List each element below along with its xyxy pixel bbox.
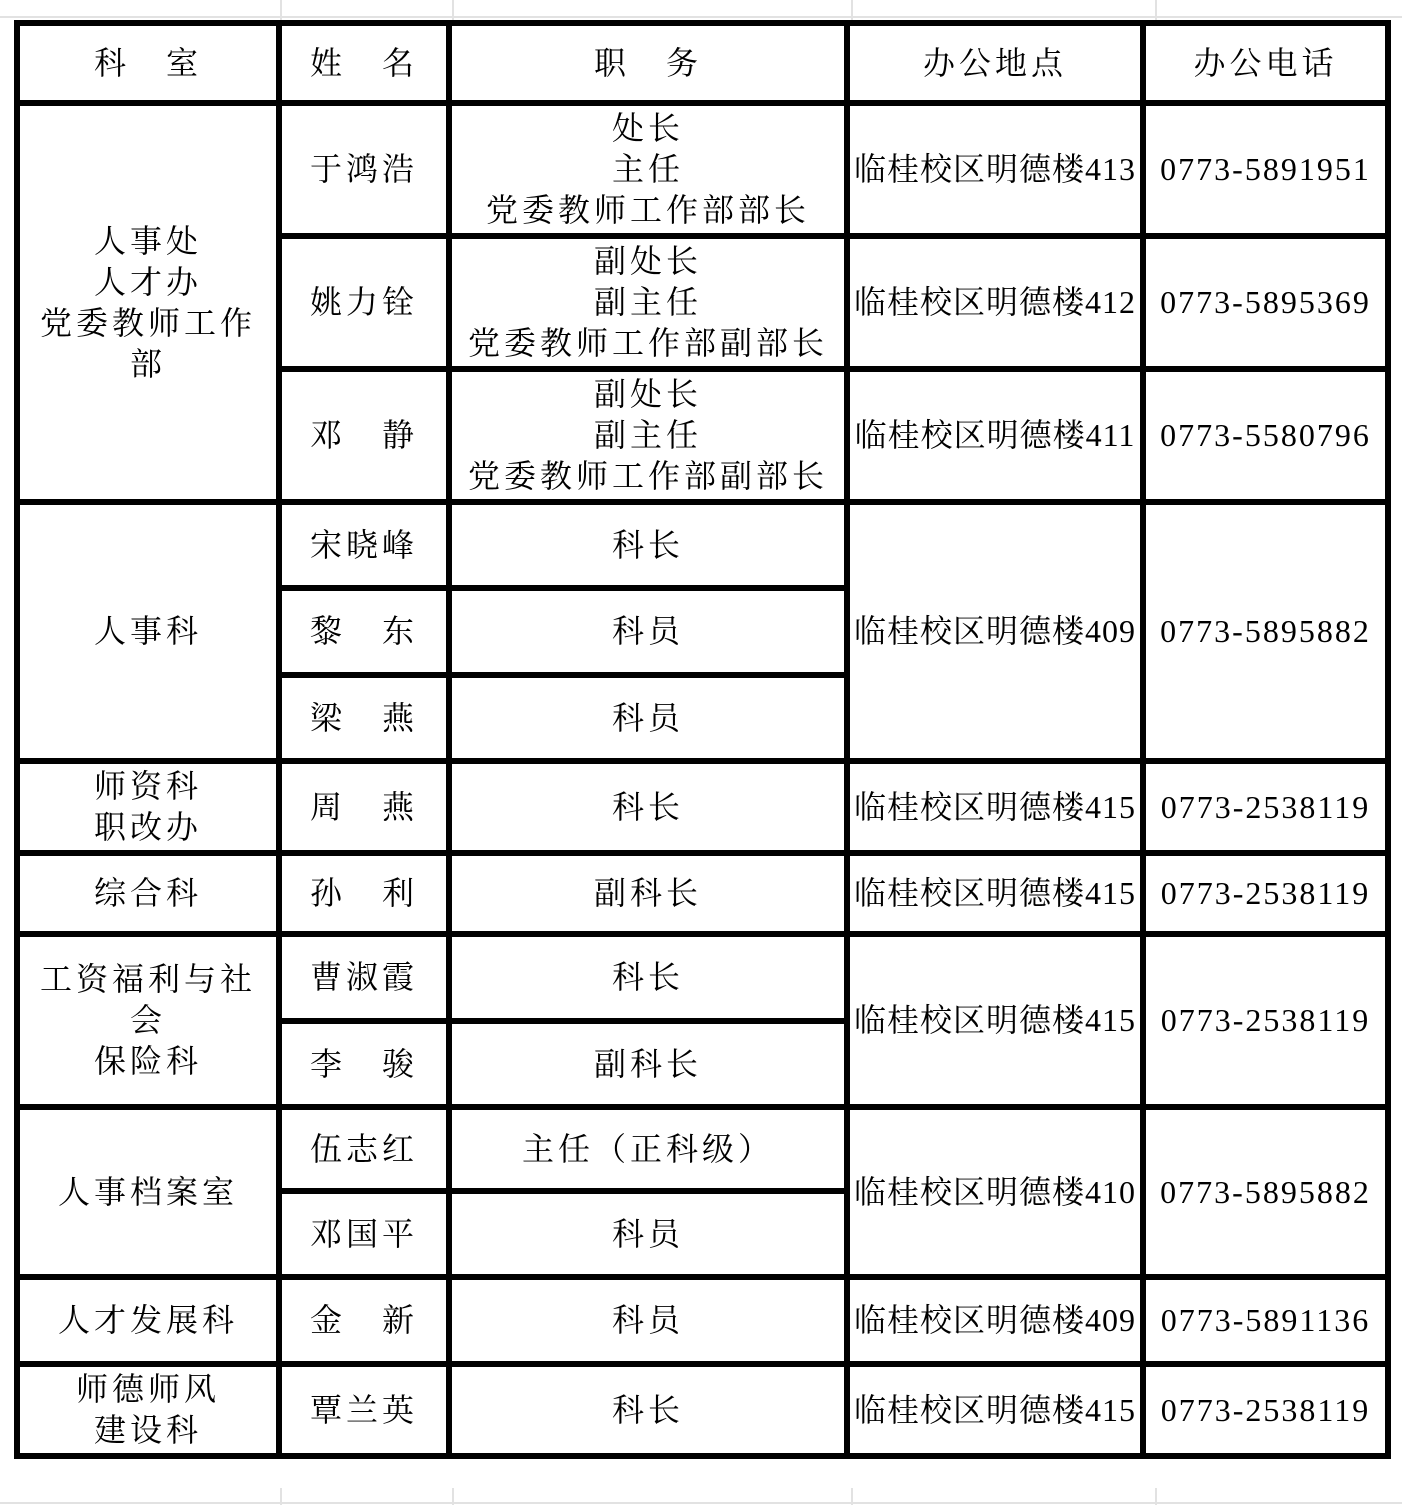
spreadsheet-page: 科 室 姓 名 职 务 办公地点 办公电话 人事处 人才办 党委教师工作部 于鸿… <box>0 0 1402 1505</box>
title-line: 副主任 <box>456 282 840 323</box>
location-cell: 临桂校区明德楼409 <box>847 502 1143 761</box>
location-cell: 临桂校区明德楼412 <box>847 236 1143 369</box>
location-cell: 临桂校区明德楼415 <box>847 853 1143 934</box>
table-row: 人事科 宋晓峰 科长 临桂校区明德楼409 0773-5895882 <box>17 502 1388 588</box>
title-line: 处长 <box>456 108 840 149</box>
title-line: 副主任 <box>456 415 840 456</box>
department-line: 师德师风 <box>24 1369 272 1410</box>
name-cell: 覃兰英 <box>279 1364 449 1456</box>
location-cell: 临桂校区明德楼409 <box>847 1277 1143 1364</box>
name-cell: 曹淑霞 <box>279 934 449 1021</box>
title-cell: 处长 主任 党委教师工作部部长 <box>449 103 847 236</box>
name-cell: 于鸿浩 <box>279 103 449 236</box>
title-cell: 科长 <box>449 761 847 853</box>
title-cell: 副科长 <box>449 853 847 934</box>
name-cell: 黎 东 <box>279 588 449 675</box>
title-cell: 科员 <box>449 588 847 675</box>
department-cell: 综合科 <box>17 853 279 934</box>
title-cell: 科长 <box>449 502 847 588</box>
phone-cell: 0773-5895882 <box>1143 1107 1388 1277</box>
contact-table: 科 室 姓 名 职 务 办公地点 办公电话 人事处 人才办 党委教师工作部 于鸿… <box>14 20 1391 1459</box>
title-cell: 副处长 副主任 党委教师工作部副部长 <box>449 236 847 369</box>
location-cell: 临桂校区明德楼415 <box>847 934 1143 1107</box>
location-cell: 临桂校区明德楼413 <box>847 103 1143 236</box>
title-cell: 副科长 <box>449 1021 847 1107</box>
name-cell: 邓 静 <box>279 369 449 502</box>
department-cell: 人事科 <box>17 502 279 761</box>
department-cell: 人才发展科 <box>17 1277 279 1364</box>
title-cell: 科长 <box>449 1364 847 1456</box>
name-cell: 姚力铨 <box>279 236 449 369</box>
header-department: 科 室 <box>17 23 279 103</box>
header-title: 职 务 <box>449 23 847 103</box>
title-line: 党委教师工作部副部长 <box>456 323 840 364</box>
title-cell: 副处长 副主任 党委教师工作部副部长 <box>449 369 847 502</box>
table-header-row: 科 室 姓 名 职 务 办公地点 办公电话 <box>17 23 1388 103</box>
phone-cell: 0773-5891136 <box>1143 1277 1388 1364</box>
table-row: 人事档案室 伍志红 主任（正科级） 临桂校区明德楼410 0773-589588… <box>17 1107 1388 1191</box>
location-cell: 临桂校区明德楼415 <box>847 761 1143 853</box>
title-line: 主任 <box>456 149 840 190</box>
department-cell: 师德师风 建设科 <box>17 1364 279 1456</box>
table-row: 人事处 人才办 党委教师工作部 于鸿浩 处长 主任 党委教师工作部部长 临桂校区… <box>17 103 1388 236</box>
department-cell: 人事档案室 <box>17 1107 279 1277</box>
location-cell: 临桂校区明德楼411 <box>847 369 1143 502</box>
department-cell: 人事处 人才办 党委教师工作部 <box>17 103 279 502</box>
department-cell: 师资科 职改办 <box>17 761 279 853</box>
gridline <box>0 1502 1402 1504</box>
title-cell: 科员 <box>449 675 847 761</box>
department-line: 人事处 <box>24 221 272 262</box>
table-row: 人才发展科 金 新 科员 临桂校区明德楼409 0773-5891136 <box>17 1277 1388 1364</box>
phone-cell: 0773-5891951 <box>1143 103 1388 236</box>
title-line: 党委教师工作部部长 <box>456 190 840 231</box>
header-phone: 办公电话 <box>1143 23 1388 103</box>
name-cell: 周 燕 <box>279 761 449 853</box>
title-line: 党委教师工作部副部长 <box>456 456 840 497</box>
department-line: 党委教师工作部 <box>24 303 272 385</box>
department-line: 保险科 <box>24 1041 272 1082</box>
department-line: 人才发展科 <box>24 1300 272 1341</box>
phone-cell: 0773-2538119 <box>1143 1364 1388 1456</box>
header-name: 姓 名 <box>279 23 449 103</box>
department-line: 人才办 <box>24 262 272 303</box>
title-cell: 科长 <box>449 934 847 1021</box>
name-cell: 孙 利 <box>279 853 449 934</box>
location-cell: 临桂校区明德楼415 <box>847 1364 1143 1456</box>
department-line: 工资福利与社会 <box>24 959 272 1041</box>
phone-cell: 0773-5895369 <box>1143 236 1388 369</box>
name-cell: 金 新 <box>279 1277 449 1364</box>
title-line: 副处长 <box>456 374 840 415</box>
phone-cell: 0773-5895882 <box>1143 502 1388 761</box>
name-cell: 伍志红 <box>279 1107 449 1191</box>
department-line: 建设科 <box>24 1410 272 1451</box>
department-line: 职改办 <box>24 807 272 848</box>
gridline <box>0 16 1402 18</box>
phone-cell: 0773-2538119 <box>1143 853 1388 934</box>
header-location: 办公地点 <box>847 23 1143 103</box>
title-cell: 科员 <box>449 1191 847 1277</box>
department-line: 人事科 <box>24 611 272 652</box>
title-cell: 科员 <box>449 1277 847 1364</box>
phone-cell: 0773-5580796 <box>1143 369 1388 502</box>
location-cell: 临桂校区明德楼410 <box>847 1107 1143 1277</box>
title-cell: 主任（正科级） <box>449 1107 847 1191</box>
name-cell: 邓国平 <box>279 1191 449 1277</box>
department-line: 人事档案室 <box>24 1172 272 1213</box>
department-line: 综合科 <box>24 873 272 914</box>
table-row: 师德师风 建设科 覃兰英 科长 临桂校区明德楼415 0773-2538119 <box>17 1364 1388 1456</box>
title-line: 副处长 <box>456 241 840 282</box>
table-row: 师资科 职改办 周 燕 科长 临桂校区明德楼415 0773-2538119 <box>17 761 1388 853</box>
name-cell: 宋晓峰 <box>279 502 449 588</box>
name-cell: 李 骏 <box>279 1021 449 1107</box>
department-cell: 工资福利与社会 保险科 <box>17 934 279 1107</box>
table-row: 工资福利与社会 保险科 曹淑霞 科长 临桂校区明德楼415 0773-25381… <box>17 934 1388 1021</box>
name-cell: 梁 燕 <box>279 675 449 761</box>
phone-cell: 0773-2538119 <box>1143 761 1388 853</box>
table-row: 综合科 孙 利 副科长 临桂校区明德楼415 0773-2538119 <box>17 853 1388 934</box>
phone-cell: 0773-2538119 <box>1143 934 1388 1107</box>
department-line: 师资科 <box>24 766 272 807</box>
